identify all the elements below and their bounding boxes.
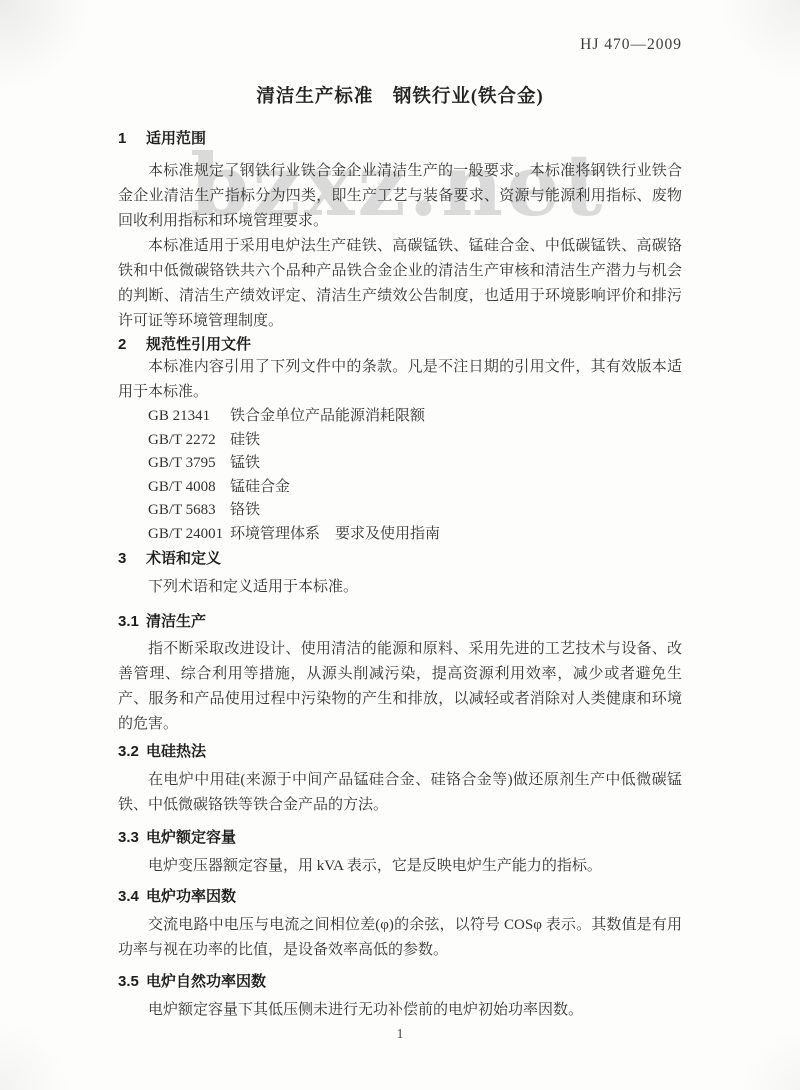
term-3-4-number: 3.4 (118, 886, 146, 907)
term-3-5-heading: 3.5 电炉自然功率因数 (118, 971, 682, 992)
reference-item: GB/T 24001 环境管理体系 要求及使用指南 (118, 523, 682, 547)
section-2-number: 2 (118, 334, 146, 355)
reference-title: 锰硅合金 (230, 476, 290, 500)
normative-references-list: GB 21341 铁合金单位产品能源消耗限额 GB/T 2272 硅铁 GB/T… (118, 405, 682, 546)
section-1-number: 1 (118, 128, 146, 149)
reference-title: 铬铁 (230, 499, 260, 523)
reference-title: 硅铁 (230, 429, 260, 453)
term-3-1-number: 3.1 (118, 611, 146, 632)
term-3-2-definition: 在电炉中用硅(来源于中间产品锰硅合金、硅铬合金等)做还原剂生产中低微碳锰铁、中低… (118, 768, 682, 818)
term-3-5-number: 3.5 (118, 971, 146, 992)
section-1-paragraph-2: 本标准适用于采用电炉法生产硅铁、高碳锰铁、锰硅合金、中低碳锰铁、高碳铬铁和中低微… (118, 234, 682, 334)
section-2-heading: 2 规范性引用文件 (118, 334, 682, 355)
term-3-3-heading: 3.3 电炉额定容量 (118, 827, 682, 848)
term-3-4-title: 电炉功率因数 (146, 886, 236, 907)
term-3-4-definition: 交流电路中电压与电流之间相位差(φ)的余弦，以符号 COSφ 表示。其数值是有用… (118, 913, 682, 963)
section-1-paragraph-1: 本标准规定了钢铁行业铁合金企业清洁生产的一般要求。本标准将钢铁行业铁合金企业清洁… (118, 159, 682, 234)
page-number: 1 (0, 1027, 800, 1043)
reference-code: GB 21341 (148, 405, 230, 429)
section-3-paragraph-1: 下列术语和定义适用于本标准。 (118, 575, 682, 600)
term-3-3-definition: 电炉变压器额定容量，用 kVA 表示，它是反映电炉生产能力的指标。 (118, 854, 682, 879)
term-3-5-definition: 电炉额定容量下其低压侧未进行无功补偿前的电炉初始功率因数。 (118, 998, 682, 1023)
term-3-1-definition: 指不断采取改进设计、使用清洁的能源和原料、采用先进的工艺技术与设备、改善管理、综… (118, 637, 682, 737)
term-3-3-number: 3.3 (118, 827, 146, 848)
section-2-paragraph-1: 本标准内容引用了下列文件中的条款。凡是不注日期的引用文件，其有效版本适用于本标准… (118, 355, 682, 405)
term-3-3-title: 电炉额定容量 (146, 827, 236, 848)
section-3-title: 术语和定义 (146, 548, 221, 569)
page-title: 清洁生产标准 钢铁行业(铁合金) (118, 86, 682, 108)
reference-item: GB/T 5683 铬铁 (118, 499, 682, 523)
reference-code: GB/T 2272 (148, 429, 230, 453)
term-3-1-title: 清洁生产 (146, 611, 206, 632)
reference-code: GB/T 3795 (148, 452, 230, 476)
document-content: HJ 470—2009 清洁生产标准 钢铁行业(铁合金) 1 适用范围 本标准规… (118, 0, 682, 1023)
reference-code: GB/T 24001 (148, 523, 230, 547)
term-3-2-heading: 3.2 电硅热法 (118, 741, 682, 762)
term-3-2-title: 电硅热法 (146, 741, 206, 762)
section-1-title: 适用范围 (146, 128, 206, 149)
term-3-1-heading: 3.1 清洁生产 (118, 611, 682, 632)
section-3-heading: 3 术语和定义 (118, 548, 682, 569)
term-3-4-heading: 3.4 电炉功率因数 (118, 886, 682, 907)
term-3-2-number: 3.2 (118, 741, 146, 762)
reference-title: 铁合金单位产品能源消耗限额 (230, 405, 425, 429)
reference-item: GB/T 4008 锰硅合金 (118, 476, 682, 500)
section-3-number: 3 (118, 548, 146, 569)
document-page: bzxz.net HJ 470—2009 清洁生产标准 钢铁行业(铁合金) 1 … (0, 0, 800, 1090)
reference-item: GB 21341 铁合金单位产品能源消耗限额 (118, 405, 682, 429)
reference-item: GB/T 2272 硅铁 (118, 429, 682, 453)
doc-number: HJ 470—2009 (118, 36, 682, 54)
section-2-title: 规范性引用文件 (146, 334, 251, 355)
reference-title: 环境管理体系 要求及使用指南 (230, 523, 440, 547)
term-3-5-title: 电炉自然功率因数 (146, 971, 266, 992)
section-1-heading: 1 适用范围 (118, 128, 682, 149)
reference-item: GB/T 3795 锰铁 (118, 452, 682, 476)
reference-code: GB/T 5683 (148, 499, 230, 523)
reference-title: 锰铁 (230, 452, 260, 476)
reference-code: GB/T 4008 (148, 476, 230, 500)
